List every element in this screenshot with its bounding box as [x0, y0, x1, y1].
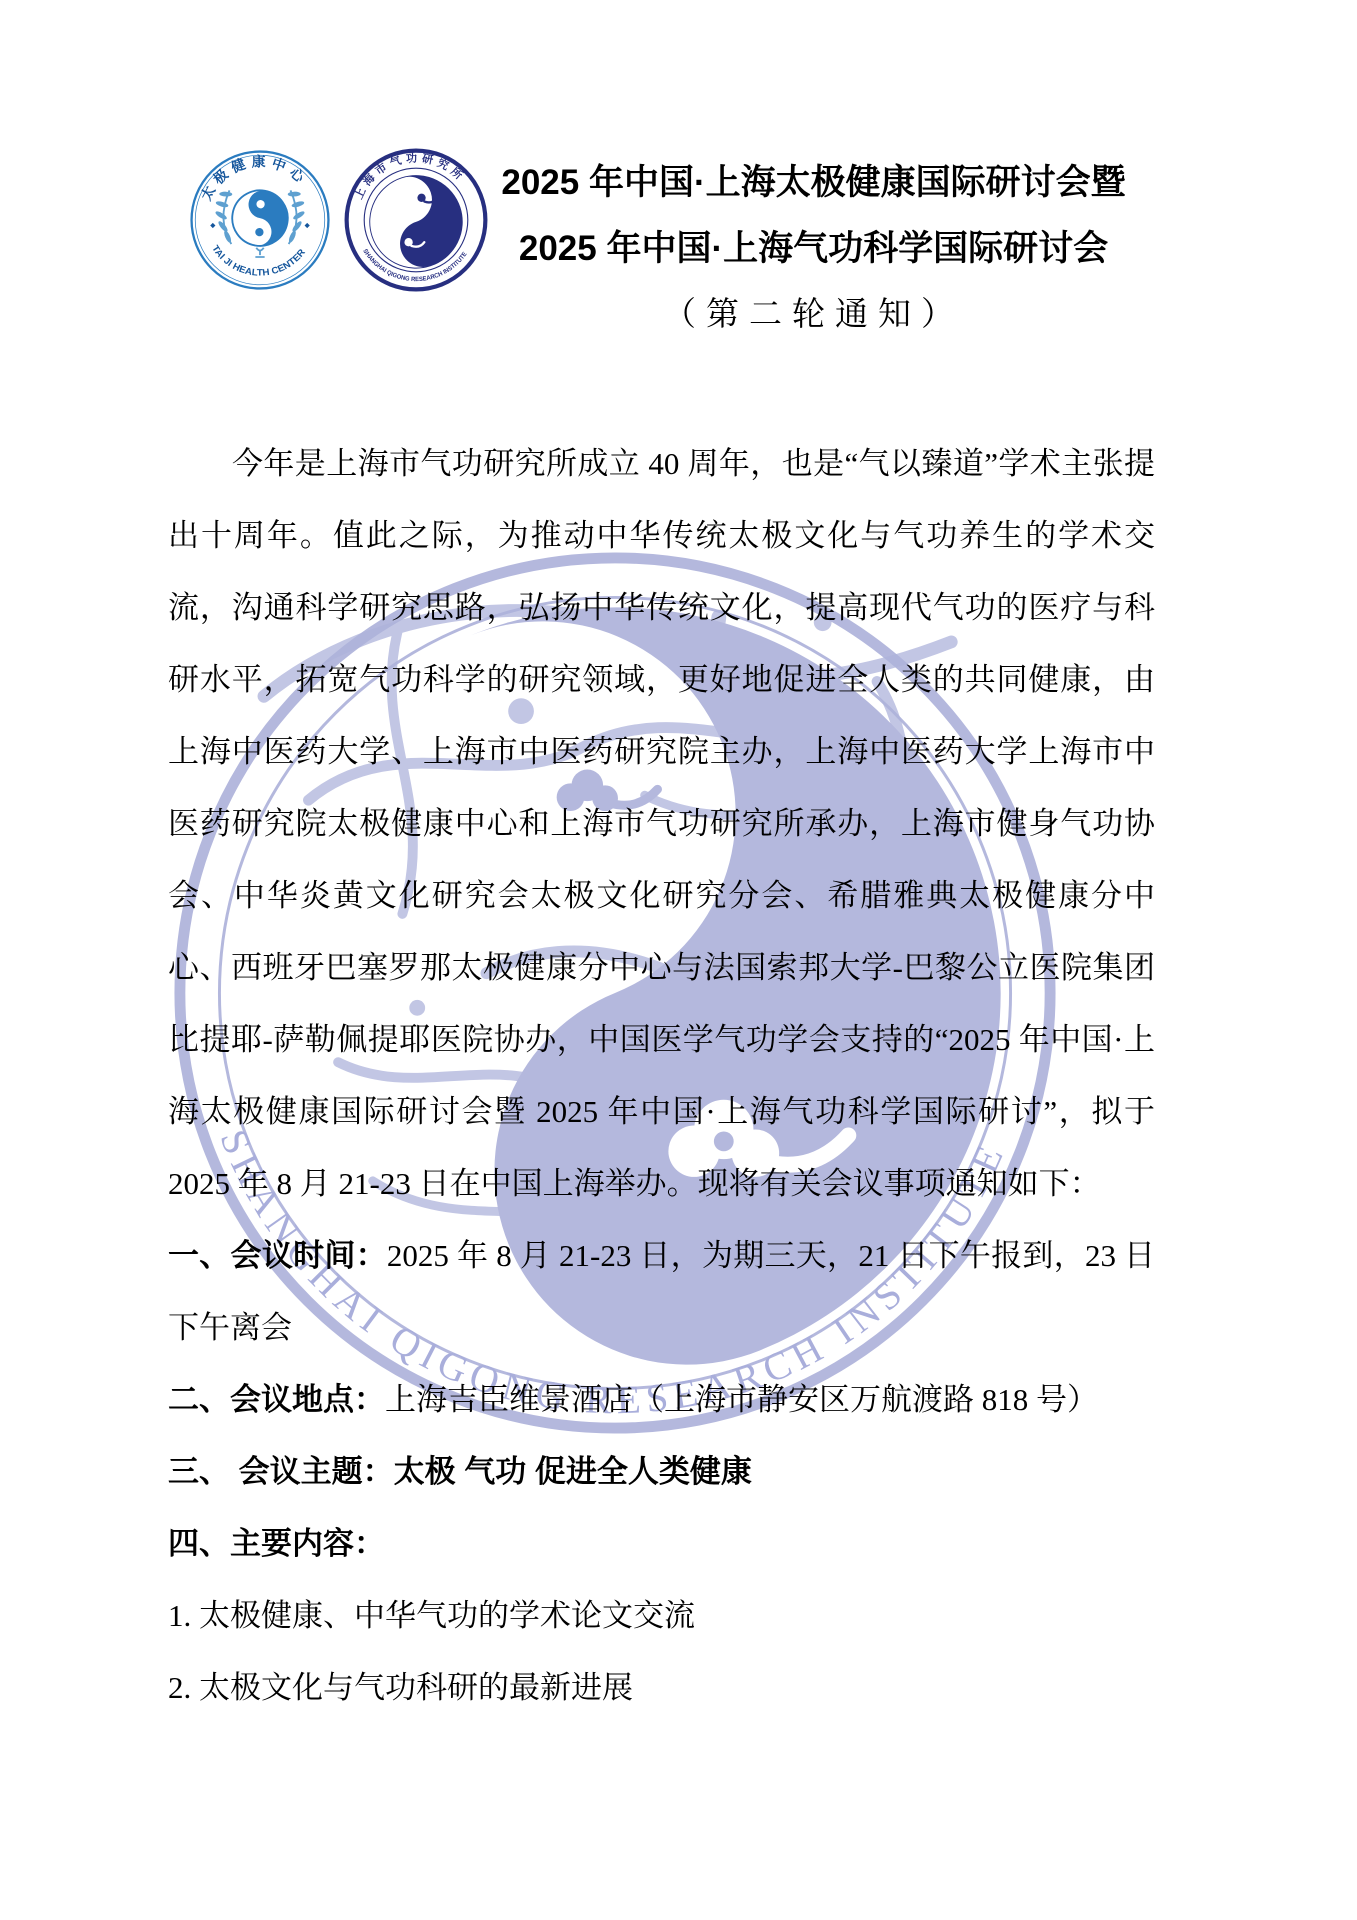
conference-title-line2: 2025 年中国·上海气功科学国际研讨会	[490, 216, 1137, 282]
section-main-contents: 四、主要内容：	[168, 1508, 1155, 1580]
section-label: 一、会议时间：	[168, 1238, 387, 1273]
notice-round-subtitle: （第二轮通知）	[490, 286, 1137, 344]
section-label: 二、会议地点：	[168, 1382, 385, 1417]
section-text: 上海吉臣维景酒店（上海市静安区万航渡路 818 号）	[385, 1382, 1098, 1417]
conference-title-line1: 2025 年中国·上海太极健康国际研讨会暨	[490, 150, 1137, 216]
list-item: 1. 太极健康、中华气功的学术论文交流	[168, 1580, 1155, 1652]
qigong-institute-logo: 上海市气功研究所 SHANGHAI QIGO	[342, 146, 490, 294]
section-label: 三、 会议主题：太极 气功 促进全人类健康	[168, 1454, 752, 1489]
section-meeting-time: 一、会议时间：2025 年 8 月 21-23 日，为期三天，21 日下午报到，…	[168, 1220, 1155, 1364]
taiji-health-center-logo: 太极健康中心 TAI JI	[186, 146, 334, 294]
logo-group: 太极健康中心 TAI JI	[186, 146, 490, 294]
section-label: 四、主要内容：	[168, 1526, 385, 1561]
section-meeting-theme: 三、 会议主题：太极 气功 促进全人类健康	[168, 1436, 1155, 1508]
list-item: 2. 太极文化与气功科研的最新进展	[168, 1652, 1155, 1724]
document-page: SHANGHAI QIGONG RESEARCH INSTITUTE	[0, 0, 1357, 1920]
section-meeting-place: 二、会议地点：上海吉臣维景酒店（上海市静安区万航渡路 818 号）	[168, 1364, 1155, 1436]
document-header: 太极健康中心 TAI JI	[0, 0, 1357, 344]
title-block: 2025 年中国·上海太极健康国际研讨会暨 2025 年中国·上海气功科学国际研…	[490, 146, 1137, 344]
intro-paragraph: 今年是上海市气功研究所成立 40 周年，也是“气以臻道”学术主张提出十周年。值此…	[168, 428, 1155, 1220]
